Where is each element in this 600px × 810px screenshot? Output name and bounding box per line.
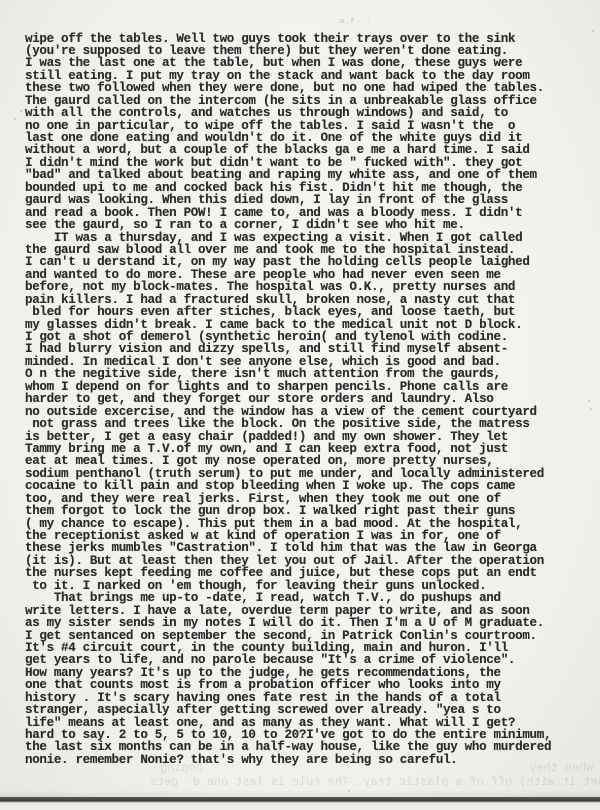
text-line: nonie. remember Nonie? that's why they a… <box>25 754 595 766</box>
text-line: get years to life, and no parole because… <box>25 654 595 666</box>
text-line: eat at meal times. I got my nose operate… <box>25 455 595 467</box>
typewritten-body: wipe off the tables. Well two guys took … <box>25 33 595 767</box>
header-mark: m.f. : <box>340 18 371 26</box>
bleed-through-text: to set it with) off of a plastic tray. T… <box>150 776 600 789</box>
text-line: bled for hours even after stiches, black… <box>25 306 595 318</box>
text-line: stranger, aspecially after getting screw… <box>25 704 595 716</box>
text-line: them forgot to lock the gun drop box. I … <box>25 505 595 517</box>
paper-speck <box>592 30 594 32</box>
text-line: cocaine to kill pain and stop bleeding w… <box>25 480 595 492</box>
paper-speck <box>590 408 592 410</box>
text-line: these jerks mumbles "Castration". I told… <box>25 542 595 554</box>
paper-speck <box>588 400 590 402</box>
text-line: the nurses kept feeding me coffee and ju… <box>25 567 595 579</box>
text-line: "bad" and talked about beating and rapin… <box>25 169 595 181</box>
text-line: That brings me up-to -date, I read, watc… <box>25 592 595 604</box>
text-line: the last six months can be in a half-way… <box>25 741 595 753</box>
text-line: as my sister sends in my notes I will do… <box>25 617 595 629</box>
text-line: these two followed when they were done, … <box>25 82 595 94</box>
text-line: I was the last one at the table, but whe… <box>25 57 595 69</box>
text-line: one that counts most is from a probation… <box>25 679 595 691</box>
text-line: without a word, but a couple of the blac… <box>25 144 595 156</box>
page-bottom-edge <box>0 797 600 810</box>
paper-speck <box>20 110 22 112</box>
text-line: with all the controls, and watches us th… <box>25 107 595 119</box>
text-line: O n the negitive side, there isn't much … <box>25 368 595 380</box>
text-line: I had blurry vision and dizzy spells, an… <box>25 343 595 355</box>
paper-speck <box>14 118 16 120</box>
text-line: gaurd was looking. When this died down, … <box>25 194 595 206</box>
text-line: before, not my block-mates. The hospital… <box>25 281 595 293</box>
paper-page: m.f. : when they hoping to set it with) … <box>0 0 600 797</box>
text-line: I can't u derstand it, on my way past th… <box>25 256 595 268</box>
text-line: see the gaurd, so I ran to a corner, I d… <box>25 219 595 231</box>
text-line: harder to get, and they forget our store… <box>25 393 595 405</box>
text-line: not grass and trees like the block. On t… <box>25 418 595 430</box>
